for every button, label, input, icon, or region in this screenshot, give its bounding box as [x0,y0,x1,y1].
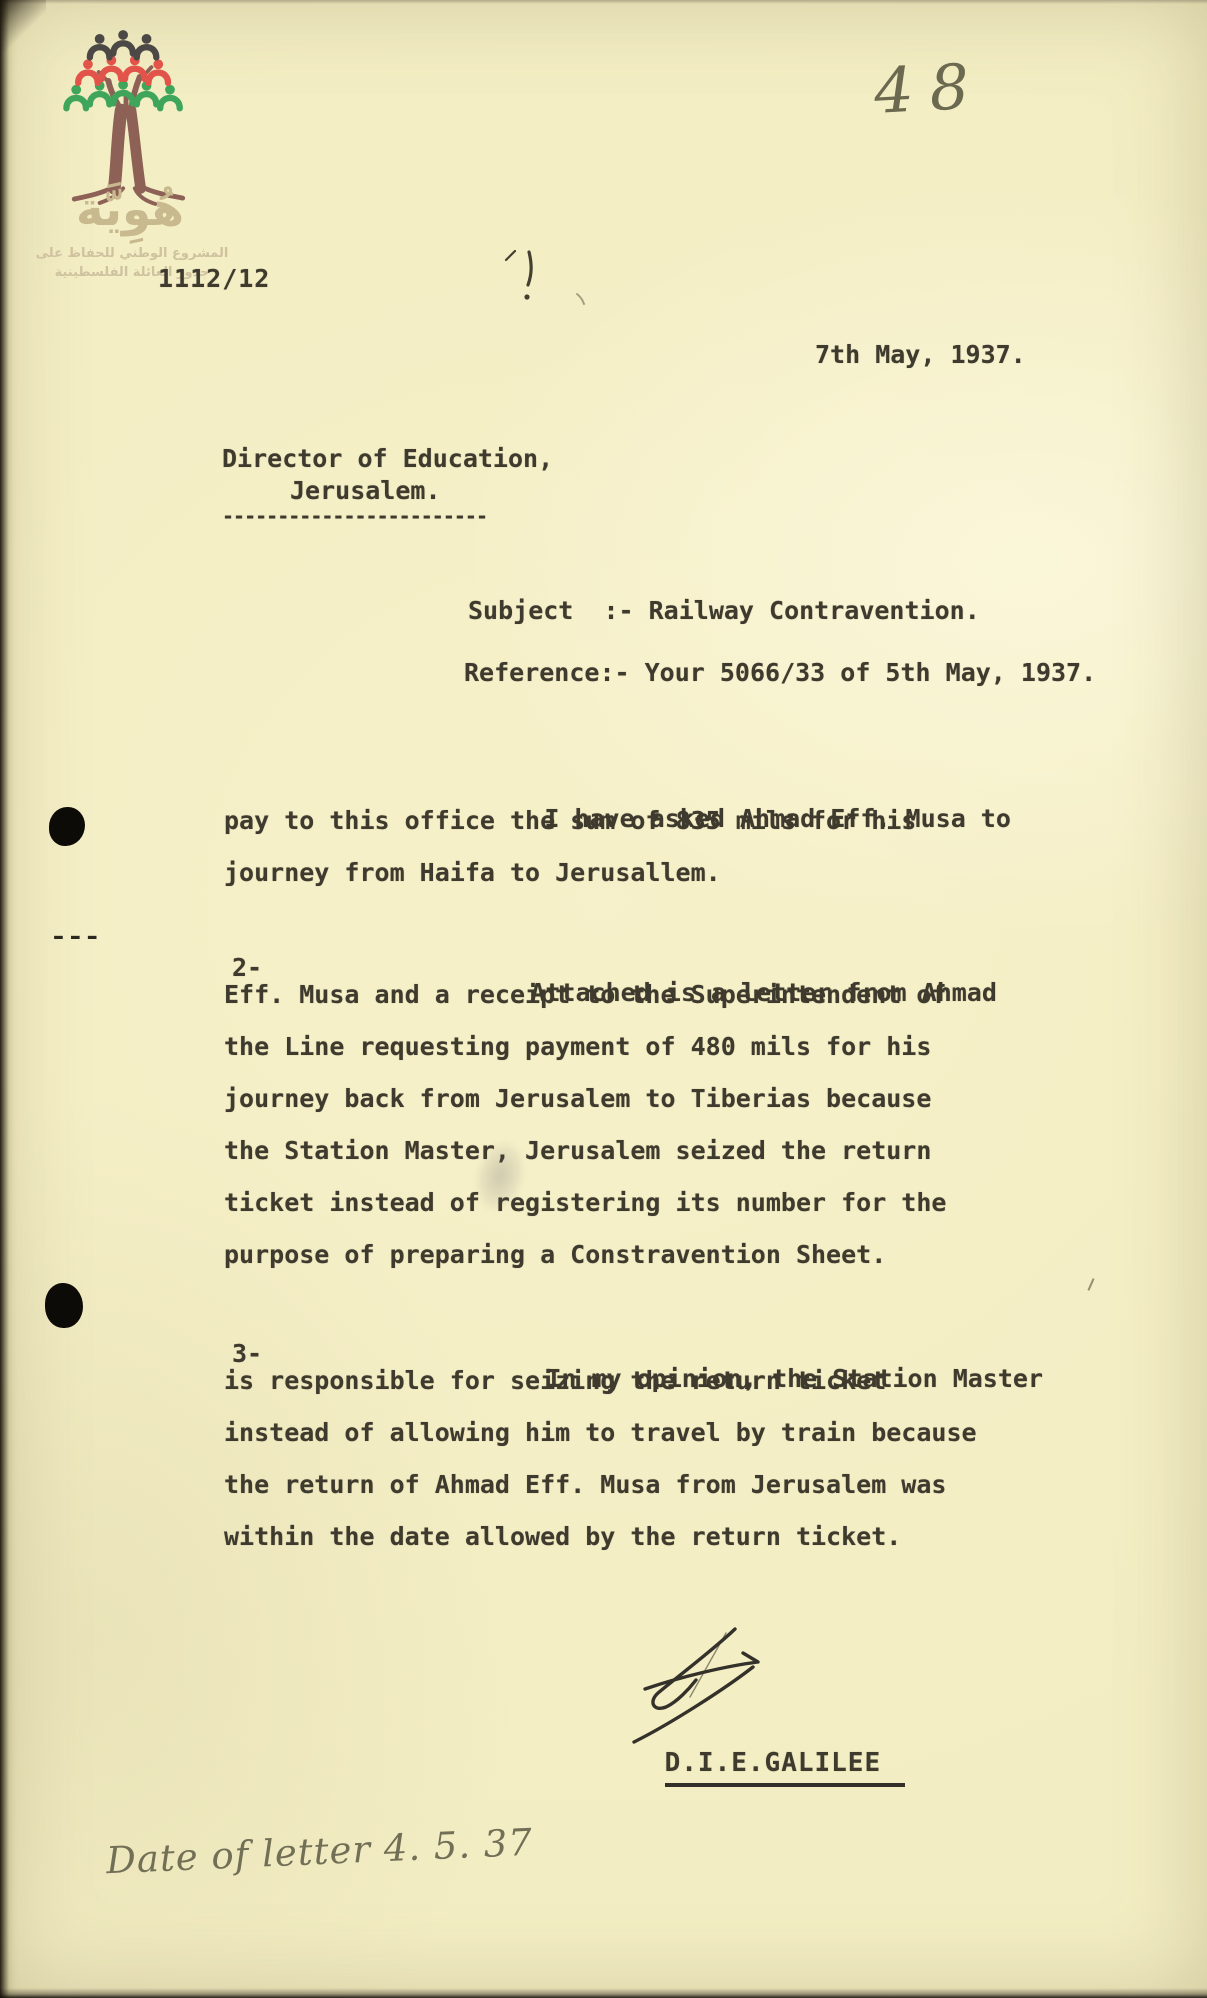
paragraph-line: journey back from Jerusalem to Tiberias … [224,1086,931,1111]
paragraph-line: journey from Haifa to Jerusallem. [224,860,721,885]
paragraph-3: 3- In my opinion, the Station Master is … [224,1316,1024,1586]
paragraph-line: the return of Ahmad Eff. Musa from Jerus… [224,1472,946,1497]
paragraph-2: 2- Attached is a letter from Ahmad Eff. … [224,930,1024,1300]
handwritten-note: Date of letter 4. 5. 37 [105,1821,533,1883]
scan-edge-top [0,0,1207,4]
ink-mark-icon [498,244,608,314]
reference-line: Reference:- Your 5066/33 of 5th May, 193… [464,660,1096,685]
scan-edge-bottom [0,1988,1207,1998]
signature-name: D.I.E.GALILEE [665,1750,905,1787]
scan-edge-left [0,0,18,1998]
paragraph-line: instead of allowing him to travel by tra… [224,1420,977,1445]
scan-corner-dark [0,0,46,60]
paragraph-line: within the date allowed by the return ti… [224,1524,901,1549]
faint-margin-tick [1087,1278,1094,1291]
hole-punch-dot [49,807,85,846]
paragraph-line: ticket instead of registering its number… [224,1190,946,1215]
paragraph-line: the Station Master, Jerusalem seized the… [224,1138,931,1163]
margin-dash-mark: --- [50,923,101,949]
paragraph-1: I have asked Ahmad Eff. Musa to pay to t… [224,756,1024,916]
paragraph-line: is responsible for seizing the return ti… [224,1368,886,1393]
signature-name-wrap: D.I.E.GALILEE [598,1724,905,1813]
paragraph-line: pay to this office the sum of 835 mils f… [224,808,916,833]
recipient-line1: Director of Education, [222,446,553,471]
watermark-org-line1: المشروع الوطني للحفاظ على [26,247,238,260]
handwritten-page-number: 48 [872,49,987,128]
watermark-calligraphy: هُوِيَّة [48,184,212,236]
tree-of-people-logo-icon [52,34,202,202]
paragraph-line: purpose of preparing a Constravention Sh… [224,1242,886,1267]
recipient-line2: Jerusalem. [290,478,441,503]
recipient-underline-dashes: ------------------------ [222,506,487,526]
scanned-letter-page: هُوِيَّة المشروع الوطني للحفاظ على جذور … [0,0,1207,1998]
hole-punch-dot [45,1283,83,1328]
file-reference: 1112/12 [158,266,270,291]
letter-date: 7th May, 1937. [815,342,1026,367]
paragraph-line: the Line requesting payment of 480 mils … [224,1034,931,1059]
paragraph-number: 2- [232,955,262,980]
paragraph-line: Eff. Musa and a receipt to the Superinte… [224,982,946,1007]
paragraph-number: 3- [232,1341,262,1366]
subject-line: Subject :- Railway Contravention. [468,598,980,623]
